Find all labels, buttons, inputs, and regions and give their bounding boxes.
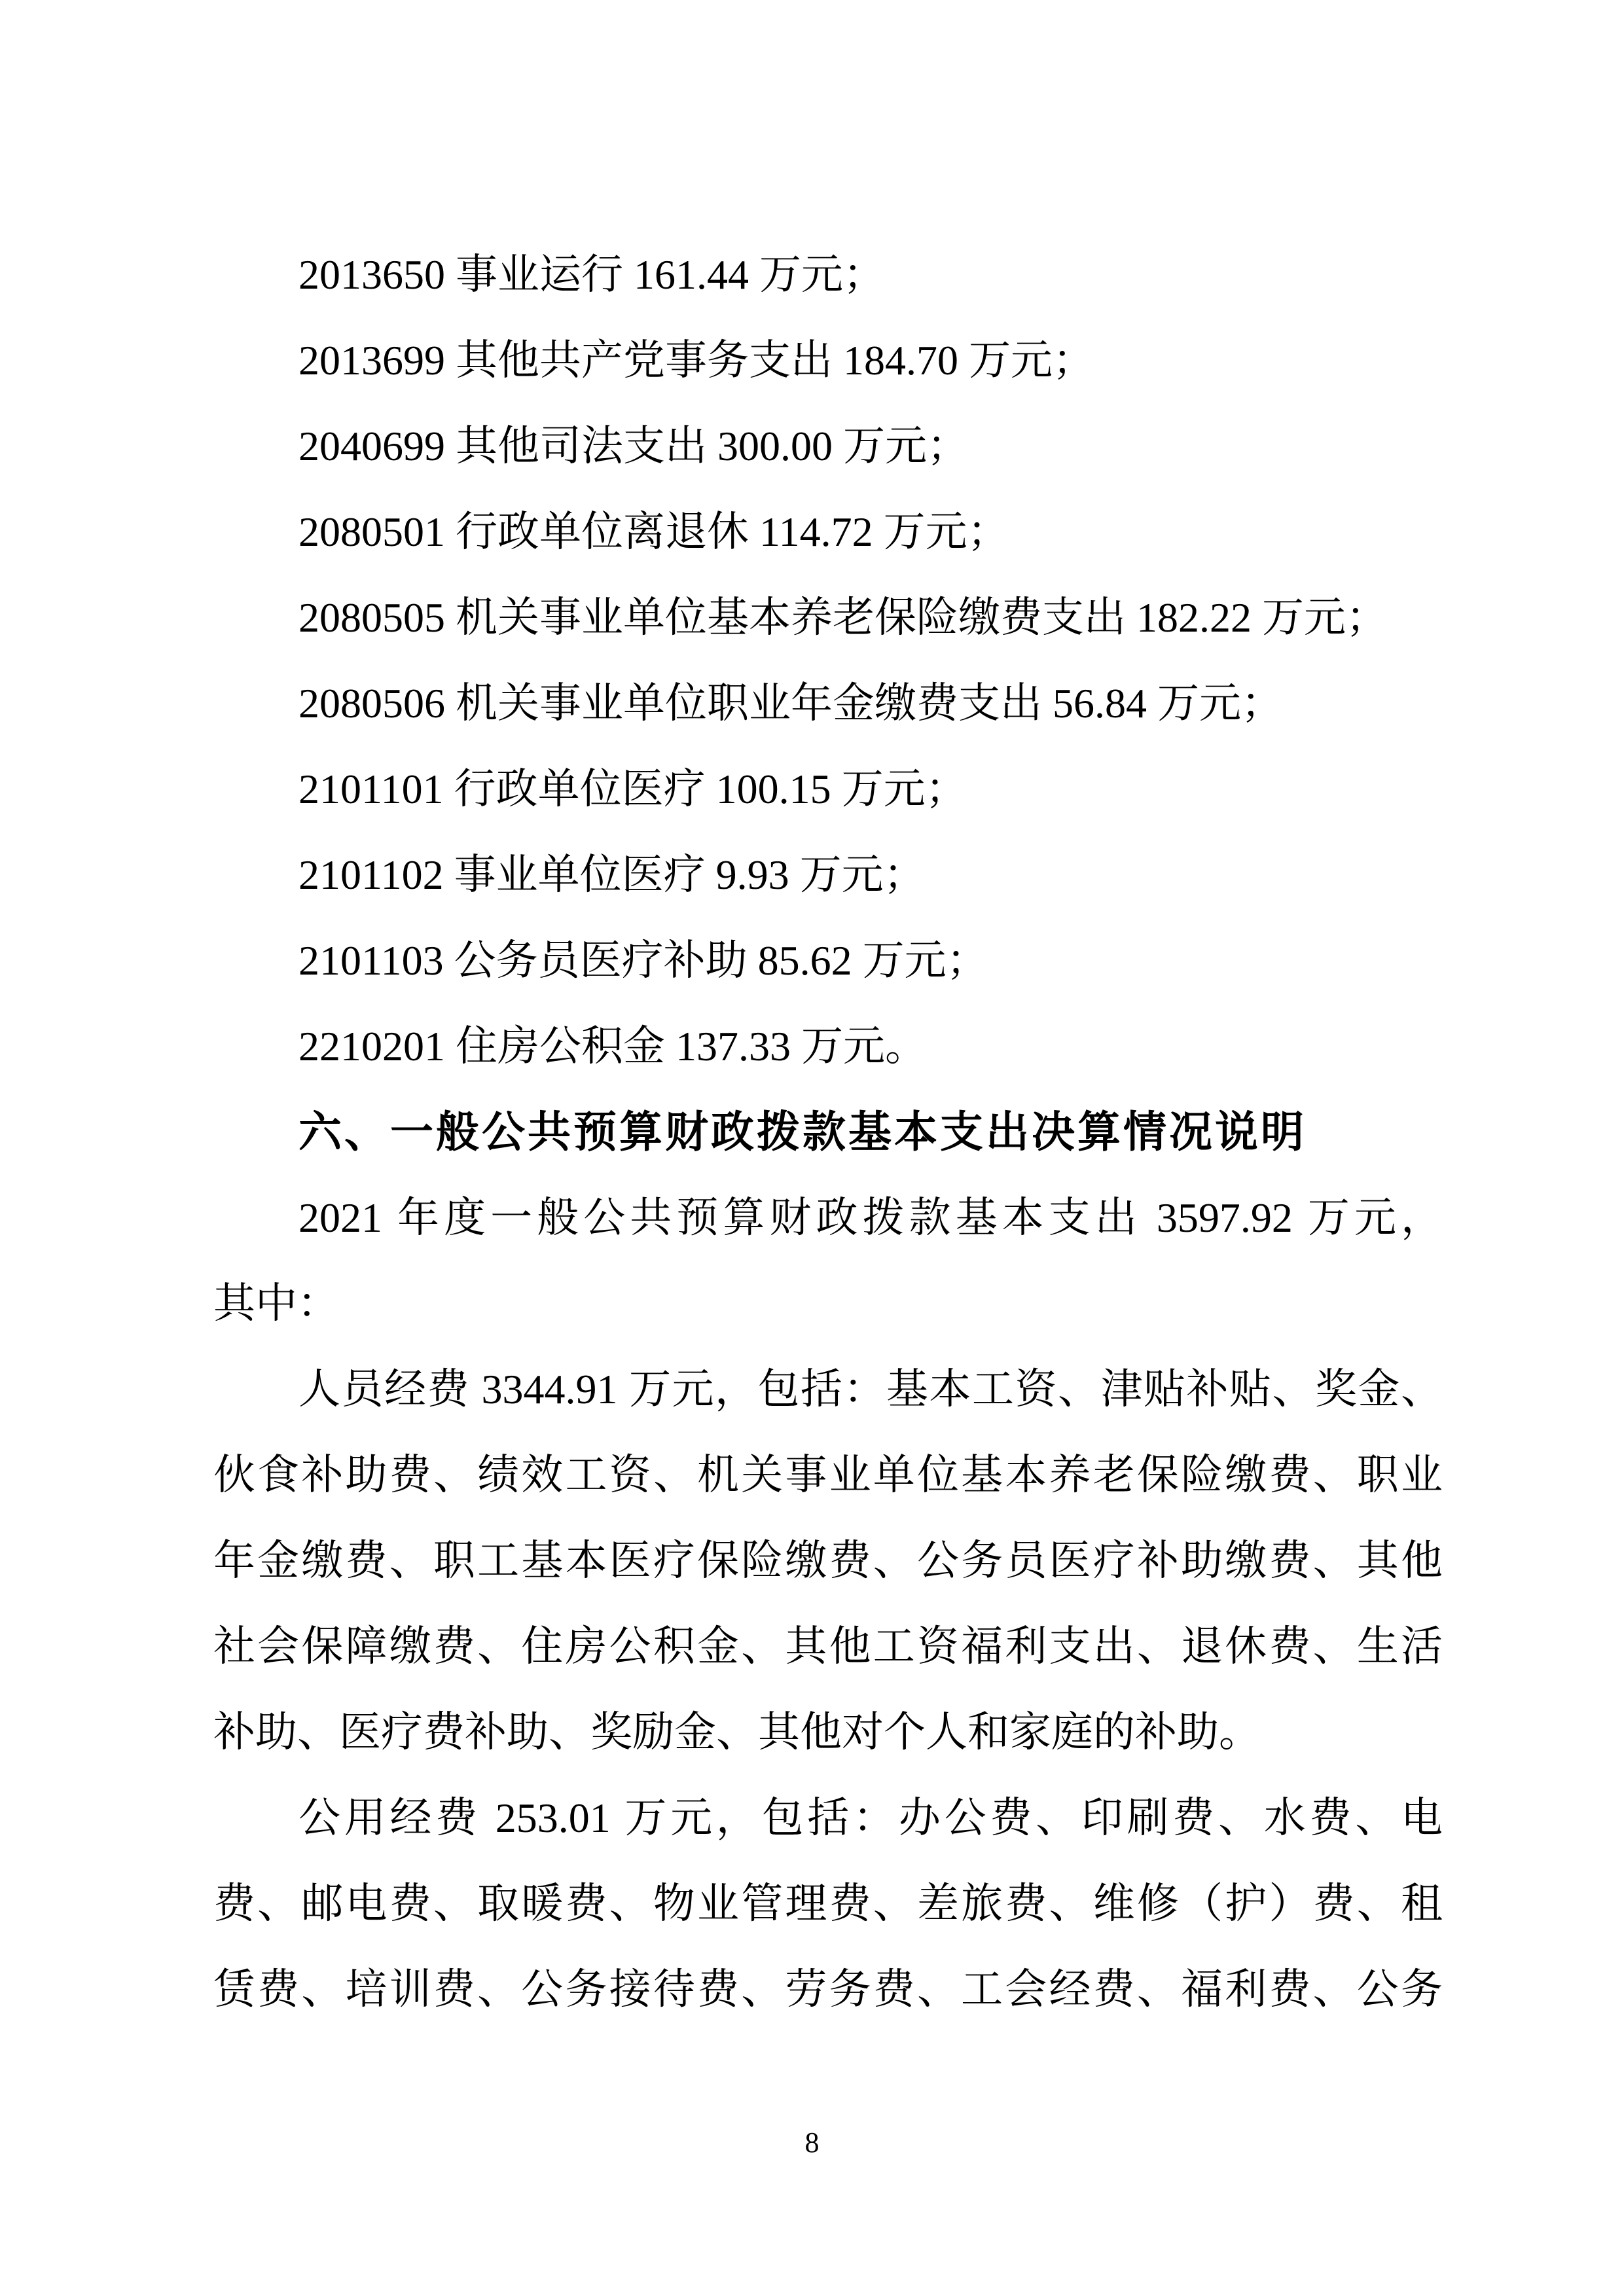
text-line-paragraph: 赁费、培训费、公务接待费、劳务费、工会经费、福利费、公务 [213,1946,1443,2032]
text-line-paragraph: 2021 年度一般公共预算财政拨款基本支出 3597.92 万元， [213,1175,1443,1261]
document-body: 2013650 事业运行 161.44 万元； 2013699 其他共产党事务支… [213,232,1443,2032]
text-line-budget-item: 2210201 住房公积金 137.33 万元。 [213,1003,1443,1089]
text-line-paragraph: 费、邮电费、取暖费、物业管理费、差旅费、维修（护）费、租 [213,1861,1443,1946]
text-line-budget-item: 2101102 事业单位医疗 9.93 万元； [213,832,1443,918]
document-page: 2013650 事业运行 161.44 万元； 2013699 其他共产党事务支… [0,0,1624,2296]
section-six-heading: 六、一般公共预算财政拨款基本支出决算情况说明 [213,1089,1443,1175]
text-line-budget-item: 2013650 事业运行 161.44 万元； [213,232,1443,317]
text-line-budget-item: 2080501 行政单位离退休 114.72 万元； [213,489,1443,575]
text-line-budget-item: 2101101 行政单位医疗 100.15 万元； [213,746,1443,832]
text-line-budget-item: 2013699 其他共产党事务支出 184.70 万元； [213,317,1443,403]
text-line-paragraph: 伙食补助费、绩效工资、机关事业单位基本养老保险缴费、职业 [213,1432,1443,1518]
page-number: 8 [0,2123,1624,2162]
text-line-budget-item: 2040699 其他司法支出 300.00 万元； [213,403,1443,489]
text-line-paragraph: 其中： [213,1261,1443,1346]
text-line-budget-item: 2080506 机关事业单位职业年金缴费支出 56.84 万元； [213,660,1443,746]
text-line-budget-item: 2101103 公务员医疗补助 85.62 万元； [213,918,1443,1003]
text-line-paragraph: 补助、医疗费补助、奖励金、其他对个人和家庭的补助。 [213,1689,1443,1775]
text-line-paragraph: 公用经费 253.01 万元，包括：办公费、印刷费、水费、电 [213,1775,1443,1861]
text-line-budget-item: 2080505 机关事业单位基本养老保险缴费支出 182.22 万元； [213,575,1443,660]
text-line-paragraph: 人员经费 3344.91 万元，包括：基本工资、津贴补贴、奖金、 [213,1346,1443,1432]
text-line-paragraph: 社会保障缴费、住房公积金、其他工资福利支出、退休费、生活 [213,1604,1443,1689]
text-line-paragraph: 年金缴费、职工基本医疗保险缴费、公务员医疗补助缴费、其他 [213,1518,1443,1604]
